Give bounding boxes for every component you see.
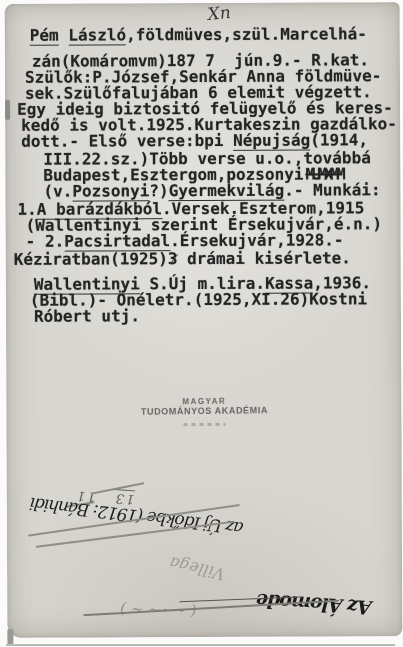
paper-nick	[7, 629, 13, 645]
typed-text-segment: Pém	[30, 26, 59, 46]
mta-stamp: MAGYAR TUDOMÁNYOS AKADÉMIA	[140, 396, 267, 418]
paper-nick	[5, 100, 10, 120]
typed-text-segment: .- Munkái:	[284, 180, 380, 199]
typed-text-segment: - 2.	[26, 232, 65, 251]
typed-text-segment: dott.- Első verse:bpi	[21, 131, 233, 151]
typed-text-segment: .Érsekujvár,1928.-	[170, 230, 343, 250]
typed-line: Pém László,földmüves,szül.Marcelhá-	[5, 26, 400, 44]
handwritten-mark-xn: Xn	[207, 3, 232, 25]
typed-line: Róbert utj.	[6, 307, 401, 325]
typed-text-segment: ?)	[149, 181, 168, 200]
handwritten-note-pencil: Villega	[148, 549, 246, 589]
pen-mark-right-edge	[397, 594, 403, 629]
typed-line: dott.- Első verse:bpi Népujság(1914,	[5, 132, 400, 150]
stamp-smudge	[183, 423, 225, 426]
typed-text-segment: (1914,	[310, 130, 368, 149]
index-card: Pém László,földmüves,szül.Marcelhá-zán(K…	[5, 2, 403, 638]
typed-text-segment: László	[68, 25, 126, 45]
typed-text-segment: Kéziratban(1925)3 drámai kisérlete.	[14, 248, 351, 268]
typed-text-block: Pém László,földmüves,szül.Marcelhá-zán(K…	[5, 26, 401, 325]
typed-line: - 2.Pacsirtadal.Érsekujvár,1928.-	[6, 232, 401, 250]
stamp-line-2: TUDOMÁNYOS AKADÉMIA	[140, 405, 267, 418]
scan-edge-line	[6, 644, 395, 646]
typed-text-segment: Róbert utj.	[34, 306, 140, 325]
typed-line: (v.Pozsonyi?)Gyermekvilág.- Munkái:	[5, 182, 400, 200]
typed-text-segment: (v.	[43, 182, 72, 201]
typed-text-segment	[59, 26, 69, 45]
typed-line: Kéziratban(1925)3 drámai kisérlete.	[6, 250, 401, 268]
typed-text-segment: ,földmüves,szül.Marcelhá-	[126, 24, 367, 44]
